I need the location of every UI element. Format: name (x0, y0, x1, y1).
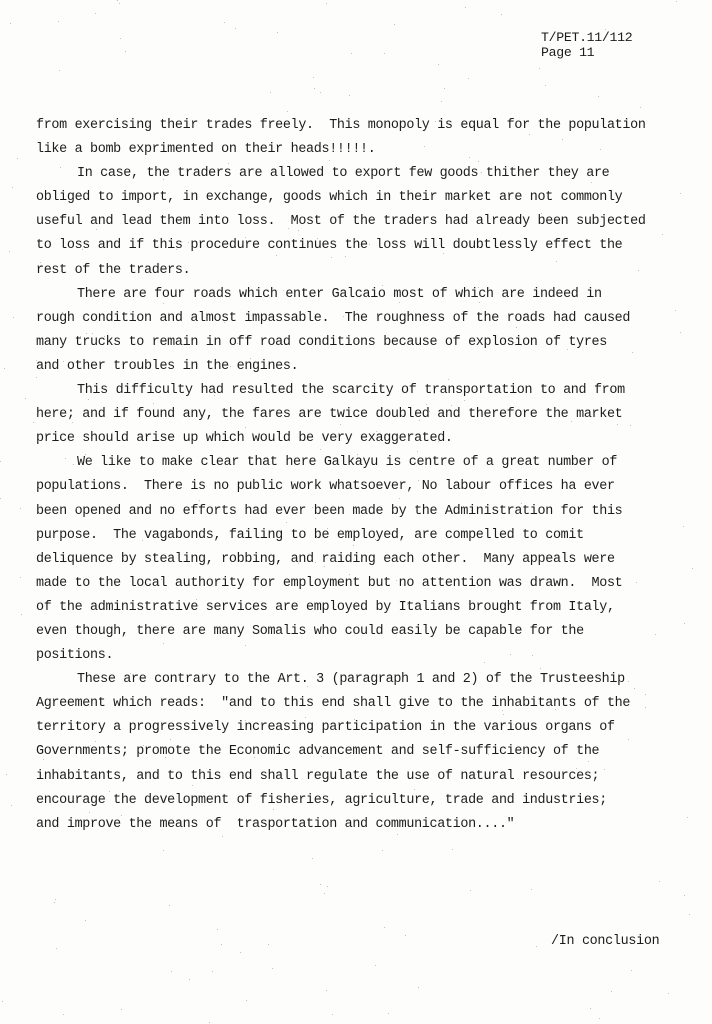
text-line: even though, there are many Somalis who … (36, 620, 686, 644)
text-line: These are contrary to the Art. 3 (paragr… (36, 668, 686, 692)
paragraph: from exercising their trades freely. Thi… (36, 114, 686, 162)
document-symbol: T/PET.11/112 (541, 30, 632, 45)
text-line: encourage the development of fisheries, … (36, 789, 686, 813)
text-line: price should arise up which would be ver… (36, 427, 686, 451)
text-line: of the administrative services are emplo… (36, 596, 686, 620)
text-line: In case, the traders are allowed to expo… (36, 162, 686, 186)
page-number: Page 11 (541, 45, 632, 60)
paragraph: This difficulty had resulted the scarcit… (36, 379, 686, 451)
text-line: purpose. The vagabonds, failing to be em… (36, 524, 686, 548)
paragraph: These are contrary to the Art. 3 (paragr… (36, 668, 686, 837)
text-line: territory a progressively increasing par… (36, 716, 686, 740)
text-line: and other troubles in the engines. (36, 355, 686, 379)
text-line: rough condition and almost impassable. T… (36, 307, 686, 331)
text-line: been opened and no efforts had ever been… (36, 500, 686, 524)
text-line: useful and lead them into loss. Most of … (36, 210, 686, 234)
text-line: many trucks to remain in off road condit… (36, 331, 686, 355)
paragraph: In case, the traders are allowed to expo… (36, 162, 686, 282)
text-line: made to the local authority for employme… (36, 572, 686, 596)
text-line: and improve the means of trasportation a… (36, 813, 686, 837)
text-line: to loss and if this procedure continues … (36, 234, 686, 258)
text-line: populations. There is no public work wha… (36, 475, 686, 499)
document-page: T/PET.11/112 Page 11 from exercising the… (0, 0, 712, 1024)
text-line: obliged to import, in exchange, goods wh… (36, 186, 686, 210)
document-header: T/PET.11/112 Page 11 (541, 30, 632, 60)
document-body: from exercising their trades freely. Thi… (36, 114, 686, 837)
continuation-note: /In conclusion (551, 934, 659, 949)
text-line: This difficulty had resulted the scarcit… (36, 379, 686, 403)
text-line: positions. (36, 644, 686, 668)
text-line: We like to make clear that here Galkayu … (36, 451, 686, 475)
paragraph: There are four roads which enter Galcaio… (36, 283, 686, 379)
text-line: from exercising their trades freely. Thi… (36, 114, 686, 138)
text-line: deliquence by stealing, robbing, and rai… (36, 548, 686, 572)
text-line: like a bomb exprimented on their heads!!… (36, 138, 686, 162)
text-line: inhabitants, and to this end shall regul… (36, 765, 686, 789)
text-line: here; and if found any, the fares are tw… (36, 403, 686, 427)
text-line: Agreement which reads: "and to this end … (36, 692, 686, 716)
text-line: There are four roads which enter Galcaio… (36, 283, 686, 307)
text-line: rest of the traders. (36, 259, 686, 283)
paragraph: We like to make clear that here Galkayu … (36, 451, 686, 668)
